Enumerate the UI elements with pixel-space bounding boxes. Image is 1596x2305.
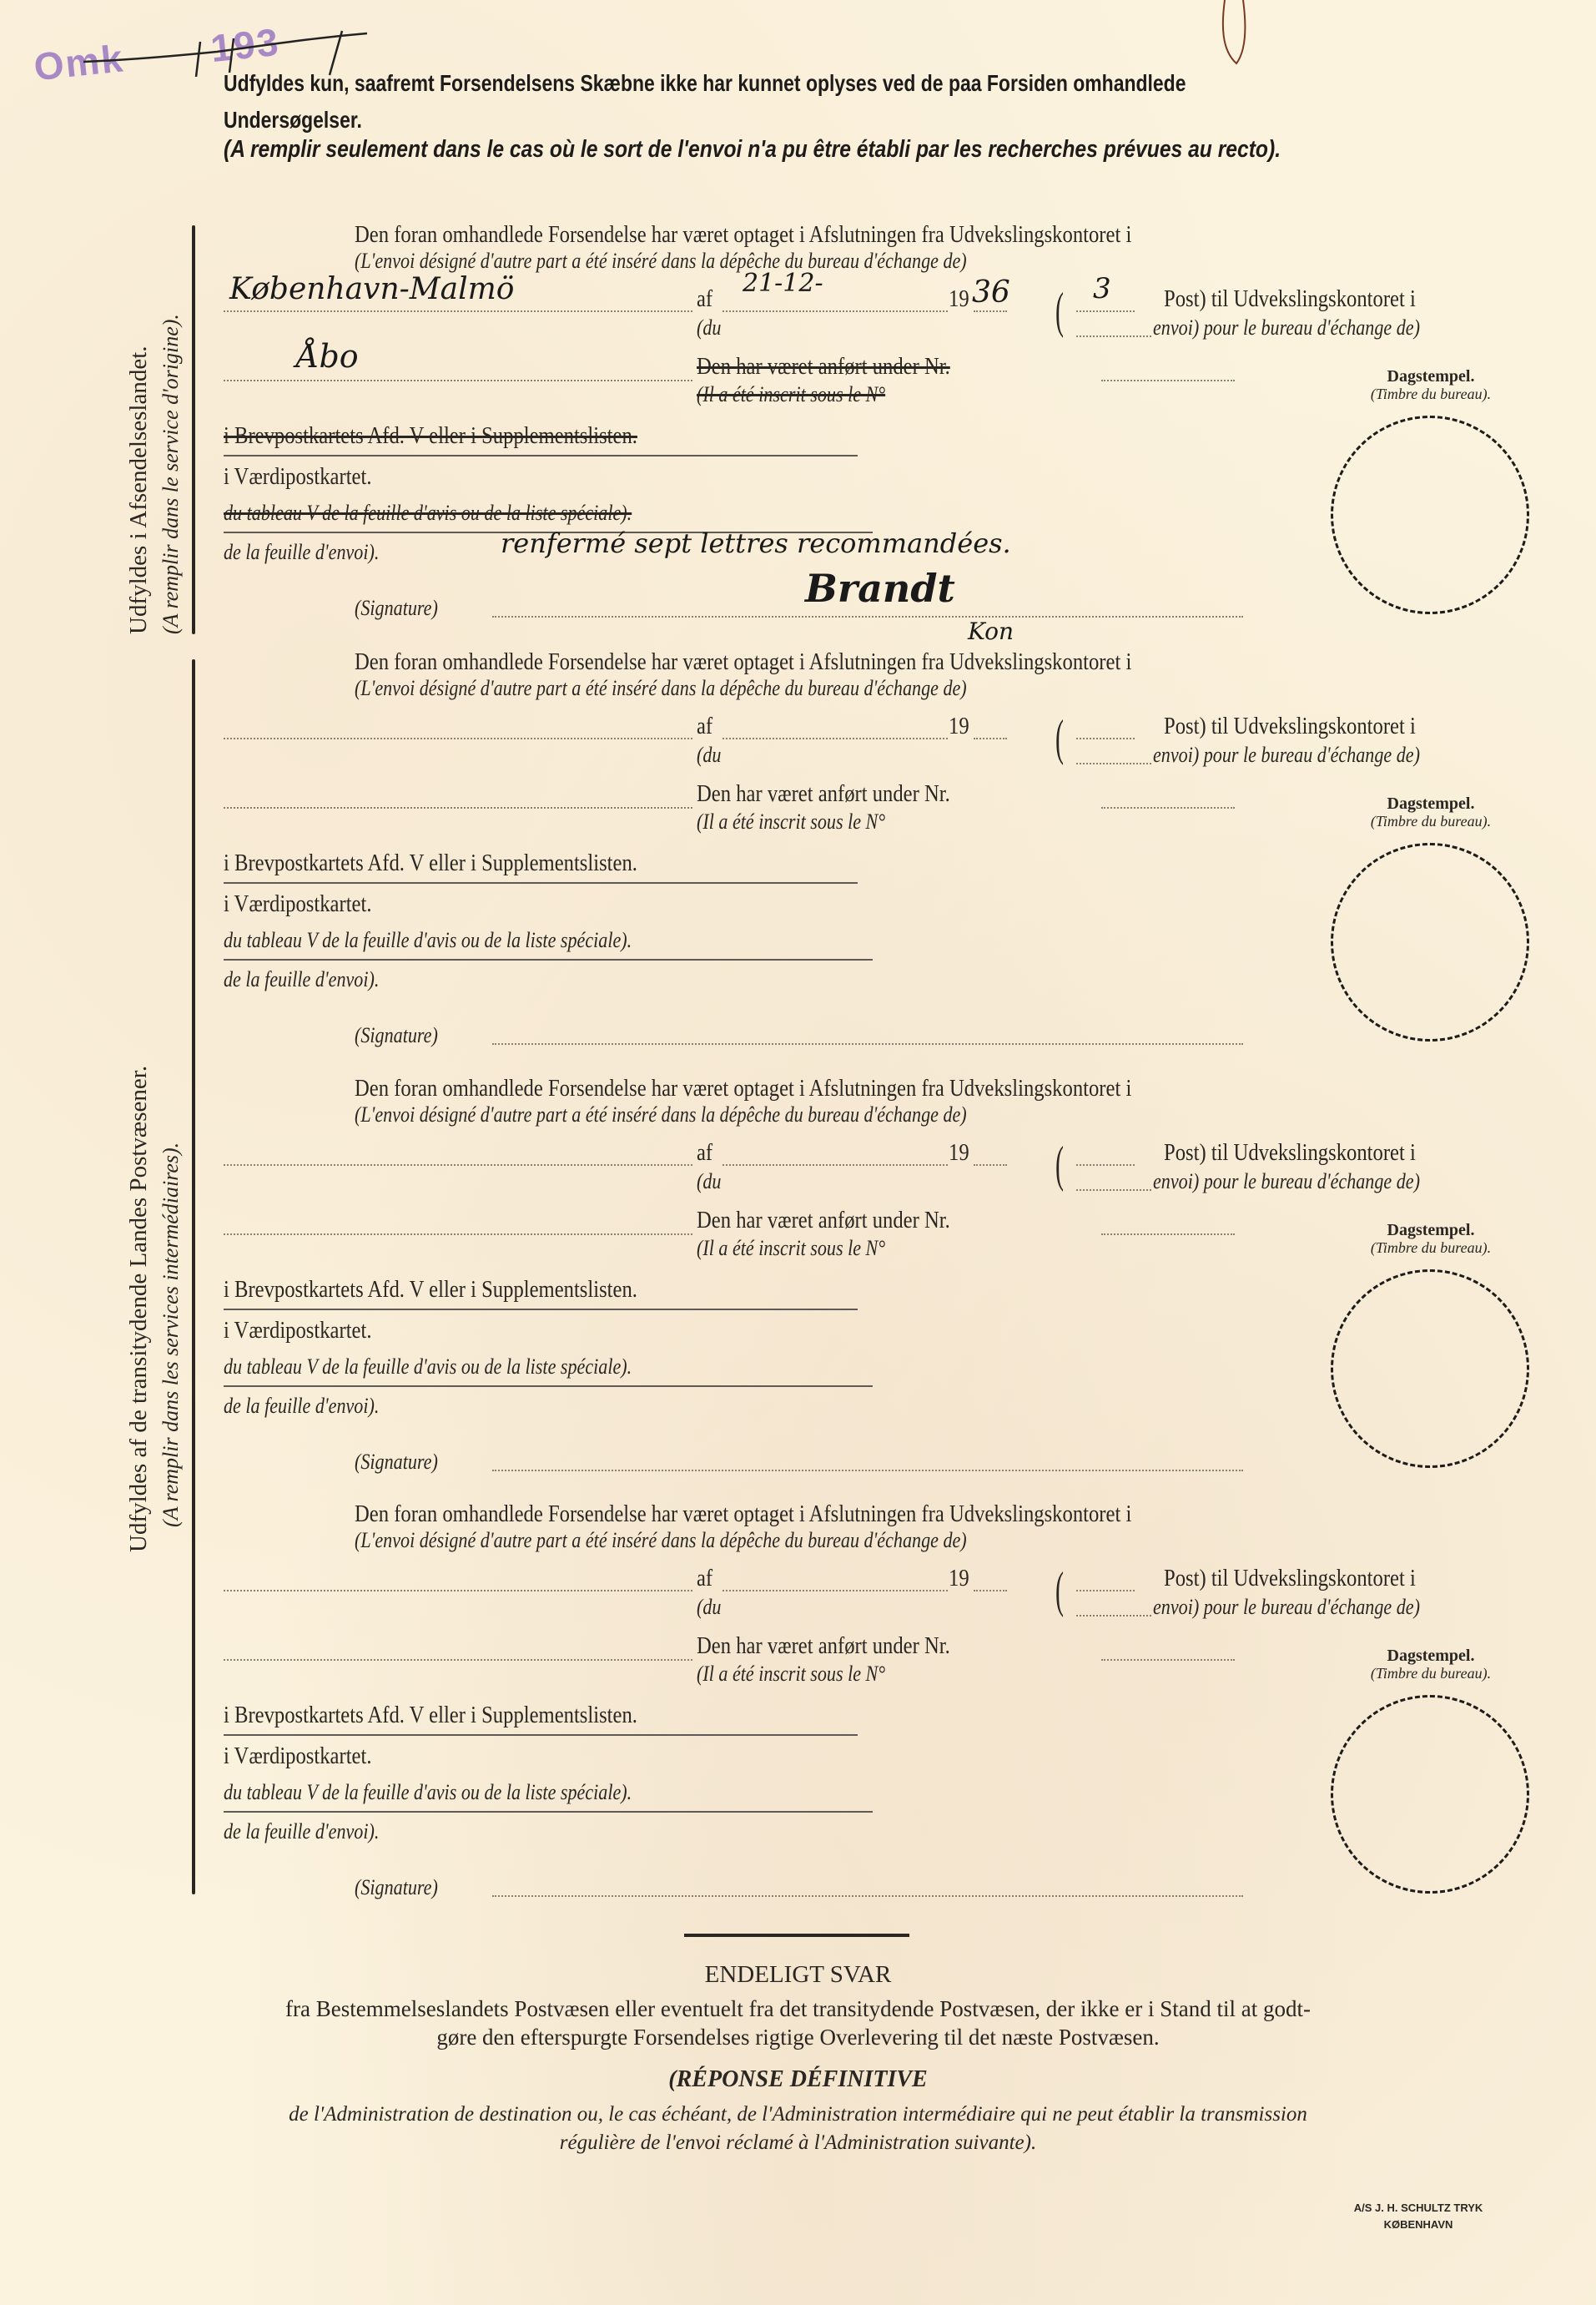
- year-value: 36: [972, 275, 1010, 310]
- brace: (: [1055, 1560, 1064, 1620]
- nr-label-da: Den har været anført under Nr.: [697, 1208, 950, 1234]
- tableau-label: du tableau V de la feuille d'avis ou de …: [224, 1780, 632, 1805]
- post-suffix: Post) til Udvekslingskontoret i: [1164, 714, 1416, 740]
- dagstempel-label: Dagstempel.: [1331, 367, 1531, 386]
- post-number-field[interactable]: [1076, 310, 1135, 312]
- office-from-field[interactable]: [224, 1590, 692, 1591]
- nr-field[interactable]: [1101, 1233, 1235, 1235]
- nr-label-fr: (Il a été inscrit sous le N°: [697, 1662, 885, 1687]
- line1-da: Den foran omhandlede Forsendelse har vær…: [355, 649, 1131, 676]
- office-from-field[interactable]: [224, 738, 692, 739]
- year-prefix: 19: [949, 1566, 969, 1592]
- envoi-field[interactable]: [1076, 763, 1151, 764]
- du-label: (du: [697, 1169, 721, 1194]
- nr-label-da: Den har været anført under Nr.: [697, 1633, 950, 1660]
- office-from-value: København-Malmö: [229, 272, 514, 306]
- nr-label-fr: (Il a été inscrit sous le N°: [697, 1236, 885, 1261]
- side-label-origin: Udfyldes i Afsendelseslandet.: [125, 345, 153, 634]
- tableau-underline: [224, 1811, 873, 1813]
- printer-line1: A/S J. H. SCHULTZ TRYK: [1352, 2202, 1485, 2214]
- signature-label: (Signature): [355, 596, 438, 621]
- brev-label: i Brevpostkartets Afd. V eller i Supplem…: [224, 1702, 637, 1729]
- envoi-suffix: envoi) pour le bureau d'échange de): [1153, 743, 1420, 768]
- nr-field[interactable]: [1101, 380, 1235, 381]
- nr-label-fr: (Il a été inscrit sous le N°: [697, 382, 885, 407]
- du-label: (du: [697, 1595, 721, 1620]
- line1-da: Den foran omhandlede Forsendelse har vær…: [355, 1076, 1131, 1102]
- date-field[interactable]: [722, 1164, 948, 1166]
- signature-label: (Signature): [355, 1023, 438, 1048]
- signature-field[interactable]: [492, 1470, 1243, 1471]
- year-prefix: 19: [949, 1140, 969, 1167]
- line1-fr: (L'envoi désigné d'autre part a été insé…: [355, 1528, 967, 1553]
- tableau-underline: [224, 959, 873, 961]
- office-to-field[interactable]: [224, 1659, 692, 1661]
- office-from-field[interactable]: [224, 310, 692, 312]
- af-label: af: [697, 714, 712, 740]
- nr-label-da: Den har været anført under Nr.: [697, 781, 950, 808]
- brev-underline: [224, 1734, 858, 1736]
- timbre-label: (Timbre du bureau).: [1331, 386, 1531, 403]
- tableau-label: du tableau V de la feuille d'avis ou de …: [224, 1354, 632, 1379]
- nr-label-da: Den har været anført under Nr.: [697, 354, 950, 381]
- brev-underline: [224, 882, 858, 884]
- date-stamp-area[interactable]: [1331, 1269, 1529, 1468]
- nr-field[interactable]: [1101, 807, 1235, 809]
- handwritten-mark: [1210, 0, 1260, 67]
- tableau-label: du tableau V de la feuille d'avis ou de …: [224, 928, 632, 953]
- date-stamp-area[interactable]: [1331, 416, 1529, 614]
- dagstempel-label: Dagstempel.: [1331, 1221, 1531, 1240]
- post-suffix: Post) til Udvekslingskontoret i: [1164, 1140, 1416, 1167]
- envoi-field[interactable]: [1076, 1615, 1151, 1617]
- envoi-field[interactable]: [1076, 1189, 1151, 1191]
- tableau-label: du tableau V de la feuille d'avis ou de …: [224, 501, 632, 526]
- brev-label: i Brevpostkartets Afd. V eller i Supplem…: [224, 423, 637, 450]
- envoi-suffix: envoi) pour le bureau d'échange de): [1153, 1169, 1420, 1194]
- note-value: renfermé sept lettres recommandées.: [501, 527, 1011, 559]
- office-to-field[interactable]: [224, 807, 692, 809]
- office-from-field[interactable]: [224, 1164, 692, 1166]
- timbre-label: (Timbre du bureau).: [1331, 813, 1531, 830]
- side-label-origin-da: Udfyldes i Afsendelseslandet.: [125, 345, 153, 634]
- header-danish: Udfyldes kun, saafremt Forsendelsens Skæ…: [224, 65, 1305, 139]
- final-body-da-1: fra Bestemmelseslandets Postvæsen eller …: [0, 1996, 1596, 2022]
- post-number-value: 3: [1093, 272, 1111, 305]
- line1-fr: (L'envoi désigné d'autre part a été insé…: [355, 676, 967, 701]
- brace: (: [1055, 280, 1064, 340]
- vaerdi-label: i Værdipostkartet.: [224, 1318, 371, 1344]
- line1-da: Den foran omhandlede Forsendelse har vær…: [355, 222, 1131, 249]
- signature-label: (Signature): [355, 1450, 438, 1475]
- side-label-origin-fr: (A remplir dans le service d'origine).: [159, 314, 184, 634]
- nr-label-fr: (Il a été inscrit sous le N°: [697, 810, 885, 835]
- date-stamp-area[interactable]: [1331, 1695, 1529, 1894]
- feuille-label: de la feuille d'envoi).: [224, 1394, 379, 1419]
- feuille-label: de la feuille d'envoi).: [224, 540, 379, 565]
- post-number-field[interactable]: [1076, 1590, 1135, 1591]
- side-label-transit: Udfyldes af de transitydende Landes Post…: [125, 1066, 153, 1552]
- year-field[interactable]: [974, 1164, 1007, 1166]
- year-prefix: 19: [949, 714, 969, 740]
- af-label: af: [697, 1140, 712, 1167]
- post-suffix: Post) til Udvekslingskontoret i: [1164, 286, 1416, 313]
- af-label: af: [697, 286, 712, 313]
- line1-fr: (L'envoi désigné d'autre part a été insé…: [355, 249, 967, 274]
- final-title-da: ENDELIGT SVAR: [0, 1961, 1596, 1989]
- final-body-fr-1: de l'Administration de destination ou, l…: [0, 2103, 1596, 2126]
- signature-field[interactable]: [492, 616, 1243, 618]
- envoi-suffix: envoi) pour le bureau d'échange de): [1153, 315, 1420, 340]
- timbre-label: (Timbre du bureau).: [1331, 1239, 1531, 1257]
- line1-fr: (L'envoi désigné d'autre part a été insé…: [355, 1102, 967, 1127]
- signature-field[interactable]: [492, 1043, 1243, 1045]
- origin-bracket: [192, 225, 195, 634]
- divider: [684, 1934, 909, 1937]
- year-field[interactable]: [974, 738, 1007, 739]
- year-prefix: 19: [949, 286, 969, 313]
- office-to-field[interactable]: [224, 1233, 692, 1235]
- vaerdi-label: i Værdipostkartet.: [224, 464, 371, 491]
- date-field[interactable]: [722, 310, 948, 312]
- af-label: af: [697, 1566, 712, 1592]
- header-french: (A remplir seulement dans le cas où le s…: [224, 131, 1344, 168]
- brace: (: [1055, 708, 1064, 768]
- date-stamp-area[interactable]: [1331, 843, 1529, 1042]
- printer-line2: KØBENHAVN: [1352, 2218, 1485, 2231]
- side-label-transit-fr: (A remplir dans les services intermédiai…: [159, 1142, 184, 1527]
- office-to-value: Åbo: [296, 338, 359, 375]
- year-field[interactable]: [974, 310, 1007, 312]
- date-value: 21-12-: [743, 269, 823, 298]
- timbre-label: (Timbre du bureau).: [1331, 1665, 1531, 1682]
- post-suffix: Post) til Udvekslingskontoret i: [1164, 1566, 1416, 1592]
- nr-field[interactable]: [1101, 1659, 1235, 1661]
- date-field[interactable]: [722, 1590, 948, 1591]
- office-to-field[interactable]: [224, 380, 692, 381]
- tableau-underline: [224, 1385, 873, 1387]
- dagstempel-label: Dagstempel.: [1331, 1647, 1531, 1666]
- post-number-field[interactable]: [1076, 738, 1135, 739]
- du-label: (du: [697, 743, 721, 768]
- date-field[interactable]: [722, 738, 948, 739]
- feuille-label: de la feuille d'envoi).: [224, 967, 379, 992]
- line1-da: Den foran omhandlede Forsendelse har vær…: [355, 1501, 1131, 1528]
- envoi-field[interactable]: [1076, 335, 1151, 337]
- final-body-fr-2: régulière de l'envoi réclamé à l'Adminis…: [0, 2131, 1596, 2155]
- envoi-suffix: envoi) pour le bureau d'échange de): [1153, 1595, 1420, 1620]
- feuille-label: de la feuille d'envoi).: [224, 1819, 379, 1844]
- brace: (: [1055, 1134, 1064, 1194]
- signature-value: Brandt: [805, 566, 955, 611]
- signature-field[interactable]: [492, 1895, 1243, 1897]
- brev-label: i Brevpostkartets Afd. V eller i Supplem…: [224, 1277, 637, 1304]
- signature-sub-value: Kon: [968, 618, 1014, 645]
- post-number-field[interactable]: [1076, 1164, 1135, 1166]
- signature-label: (Signature): [355, 1875, 438, 1900]
- transit-bracket: [192, 659, 195, 1894]
- brev-label: i Brevpostkartets Afd. V eller i Supplem…: [224, 850, 637, 877]
- side-label-transit-da: Udfyldes af de transitydende Landes Post…: [125, 1066, 153, 1552]
- vaerdi-label: i Værdipostkartet.: [224, 891, 371, 918]
- final-title-fr: (RÉPONSE DÉFINITIVE: [0, 2066, 1596, 2093]
- brev-underline: [224, 455, 858, 456]
- brev-underline: [224, 1309, 858, 1310]
- year-field[interactable]: [974, 1590, 1007, 1591]
- final-body-da-2: gøre den efterspurgte Forsendelses rigti…: [0, 2025, 1596, 2050]
- dagstempel-label: Dagstempel.: [1331, 794, 1531, 814]
- vaerdi-label: i Værdipostkartet.: [224, 1743, 371, 1770]
- du-label: (du: [697, 315, 721, 340]
